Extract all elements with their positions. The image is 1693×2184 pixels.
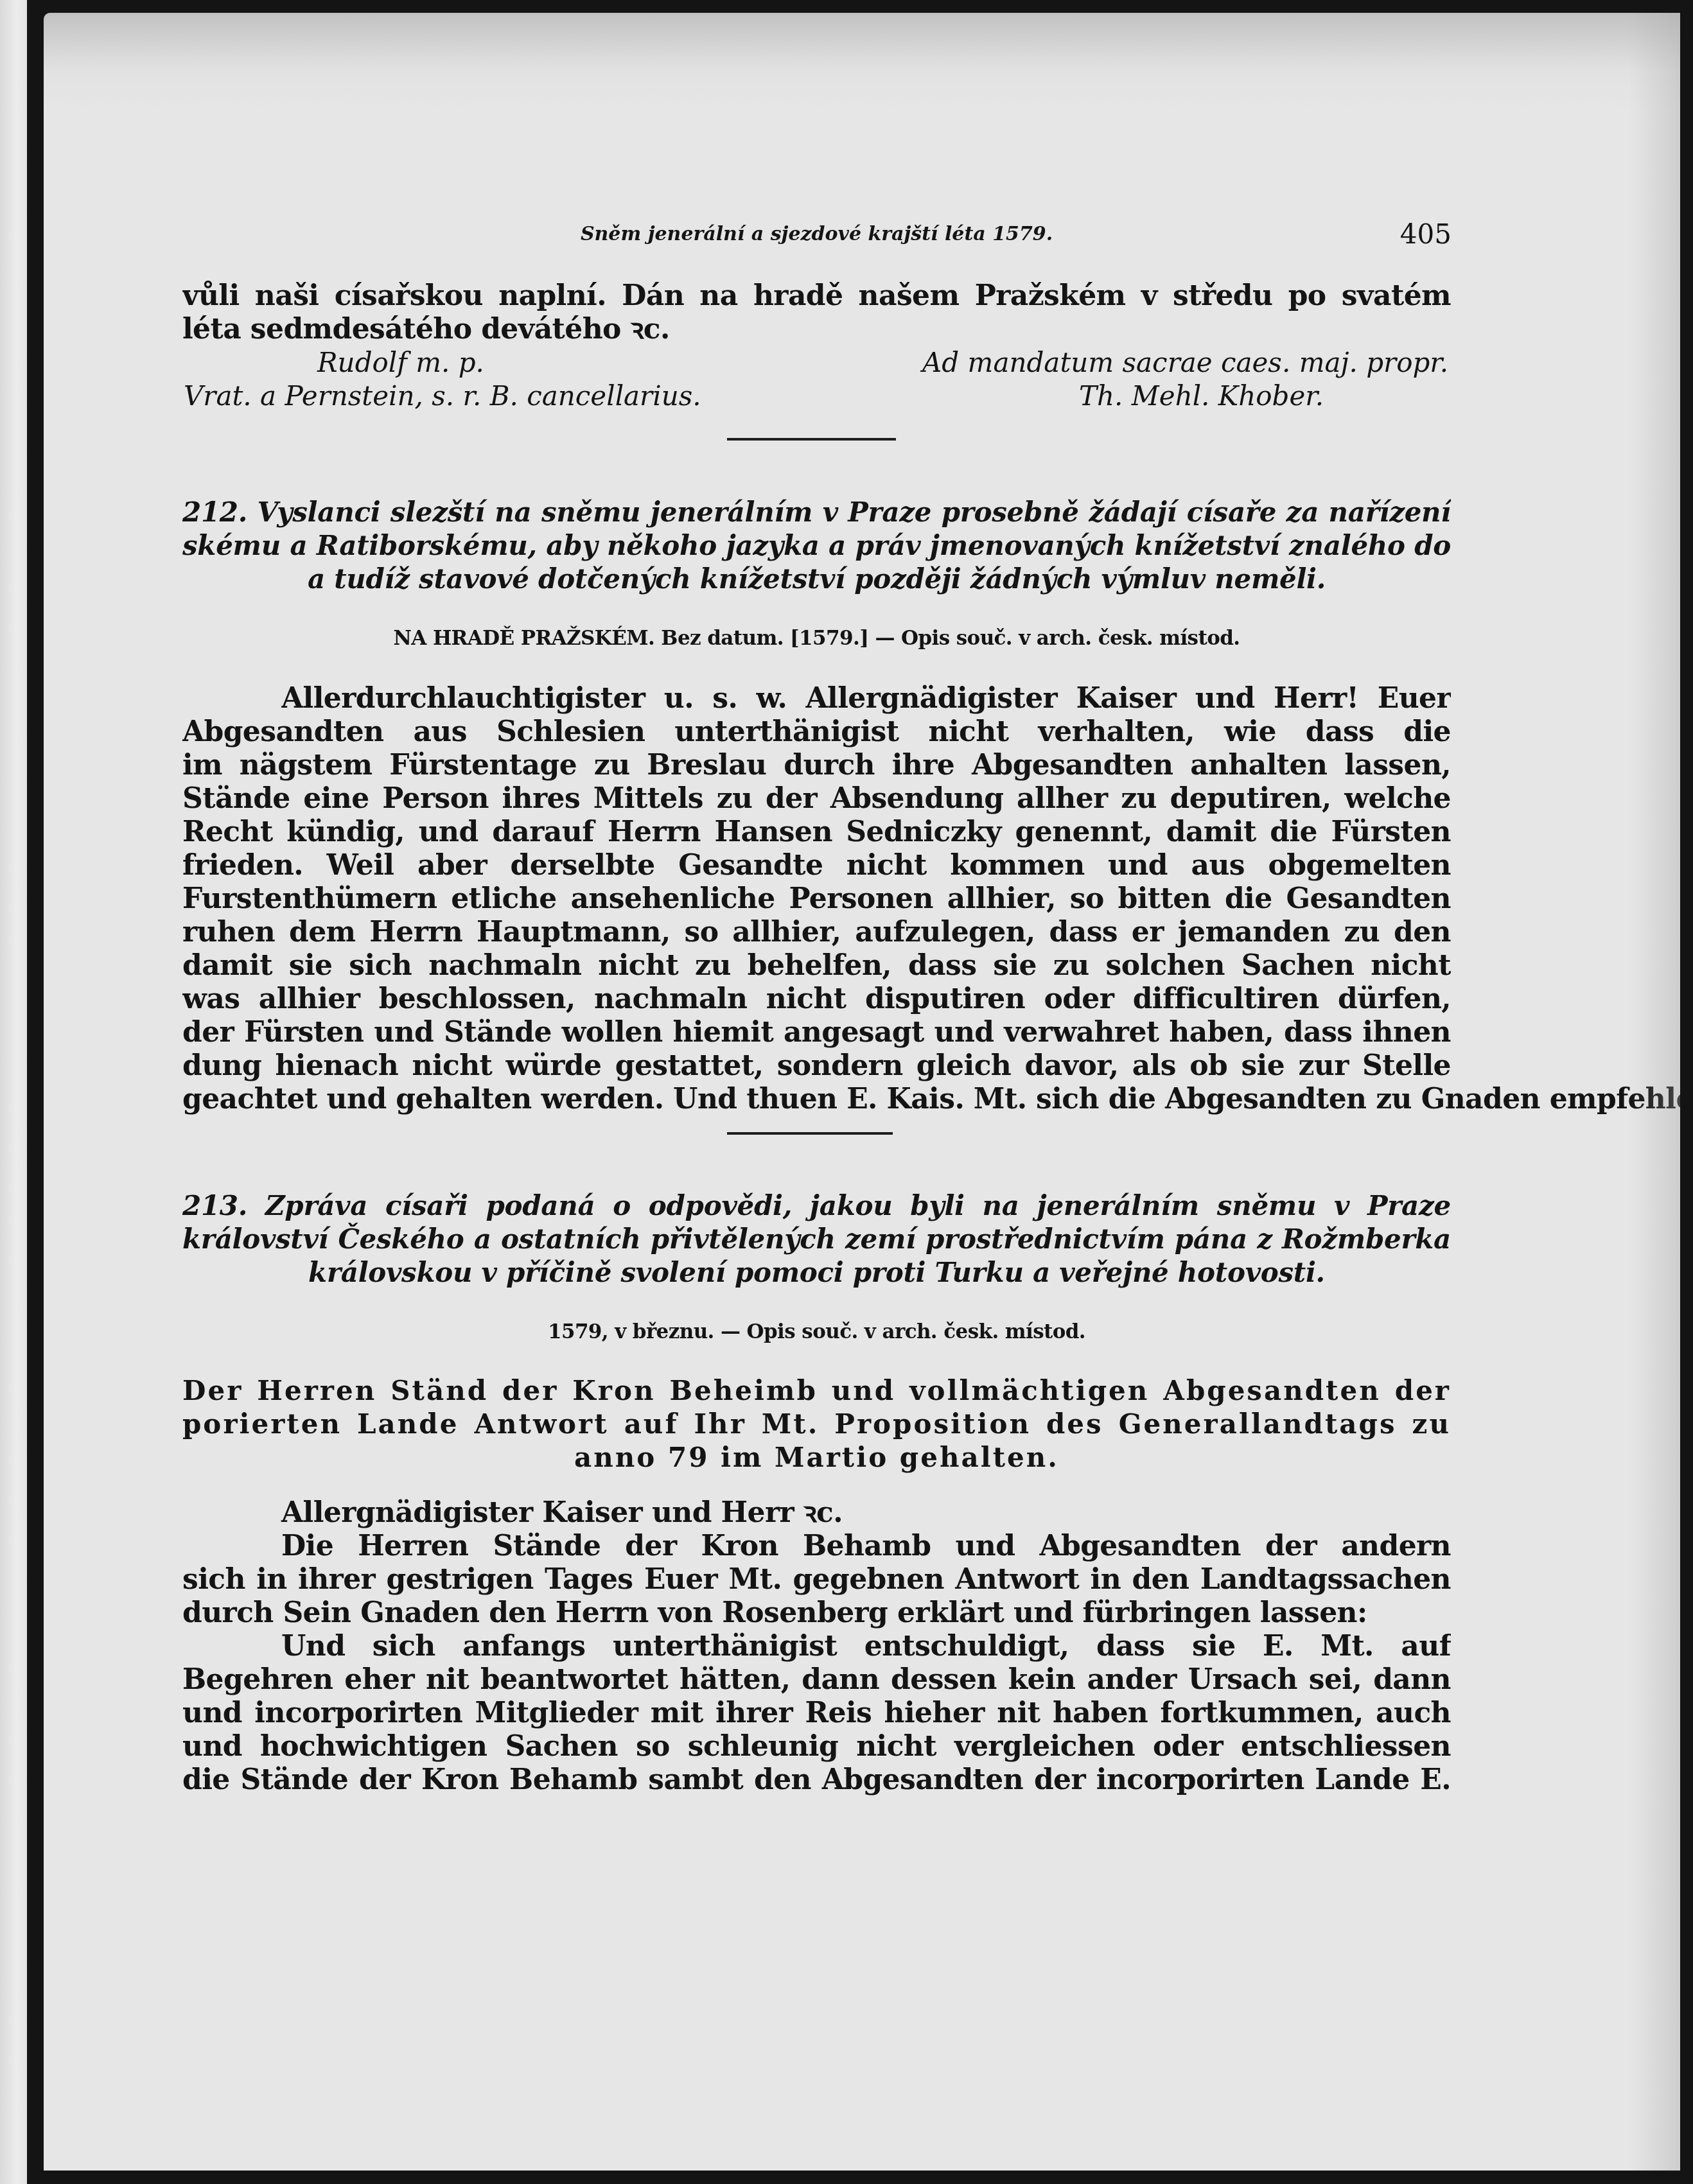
doc-213-title-line: 213. Zpráva císaři podaná o odpovědi, ja… [182,1189,1451,1223]
body-line: Die Herren Stände der Kron Behamb und Ab… [281,1530,1451,1563]
body-line: und hochwichtigen Sachen so schleunig ni… [182,1730,1451,1763]
body-line: Begehren eher nit beantwortet hätten, da… [182,1663,1451,1697]
doc-212-title-line: 212. Vyslanci slezští na sněmu jenerální… [182,496,1451,529]
body-line: vůli naši císařskou naplní. Dán na hradě… [182,279,1451,313]
adjacent-page-edge [0,0,27,2184]
salutation: Allergnädigister Kaiser und Herr ꝛc. [281,1496,1550,1530]
doc-213-title-line: království Českého a ostatních přivtělen… [182,1223,1451,1256]
body-line: Recht kündig, und darauf Herrn Hansen Se… [182,816,1451,849]
body-line: ruhen dem Herrn Hauptmann, so allhier, a… [182,916,1451,949]
doc-213-number: 213. [182,1190,247,1221]
body-line: was allhier beschlossen, nachmaln nicht … [182,983,1451,1016]
body-line: Abgesandten aus Schlesien unterthänigist… [182,715,1451,749]
doc-212-number: 212. [182,496,247,528]
body-line: frieden. Weil aber derselbte Gesandte ni… [182,849,1451,882]
doc-212-title-line: a tudíž stavové dotčených knížetství poz… [182,563,1451,596]
doc-212-title-line: skému a Ratiborskému, aby někoho jazyka … [182,529,1451,563]
body-line: geachtet und gehalten werden. Und thuen … [182,1083,1451,1116]
body-line: léta sedmdesátého devátého ꝛc. [182,313,1451,346]
signature-khober: Th. Mehl. Khober. [1079,380,1324,413]
body-line: und incorporirten Mitglieder mit ihrer R… [182,1697,1451,1730]
signature-ad-mandatum: Ad mandatum sacrae caes. maj. propr. [922,346,1448,380]
signature-pernstein: Vrat. a Pernstein, s. r. B. cancellarius… [184,380,701,413]
section-divider [727,438,896,441]
page-number: 405 [1381,218,1452,250]
german-heading-line: porierten Lande Antwort auf Ihr Mt. Prop… [182,1408,1451,1441]
doc-212-source: NA HRADĚ PRAŽSKÉM. Bez datum. [1579.] — … [182,622,1451,655]
body-line: Stände eine Person ihres Mittels zu der … [182,782,1451,816]
body-line: durch Sein Gnaden den Herrn von Rosenber… [182,1596,1451,1630]
german-heading-line: anno 79 im Martio gehalten. [182,1441,1451,1474]
body-line: Und sich anfangs unterthänigist entschul… [281,1630,1451,1663]
body-line: die Stände der Kron Behamb sambt den Abg… [182,1763,1451,1797]
scanned-page: Sněm jenerální a sjezdové krajští léta 1… [44,13,1680,2171]
section-divider [727,1132,893,1135]
body-line: dung hienach nicht würde gestattet, sond… [182,1049,1451,1083]
doc-213-title-line: královskou v příčině svolení pomoci prot… [182,1256,1451,1289]
german-heading-line: Der Herren Ständ der Kron Beheimb und vo… [182,1374,1451,1408]
body-line: Allerdurchlauchtigister u. s. w. Allergn… [281,682,1451,715]
body-line: damit sie sich nachmaln nicht zu behelfe… [182,949,1451,983]
running-title: Sněm jenerální a sjezdové krajští léta 1… [182,222,1451,247]
body-line: Furstenthümern etliche ansehenliche Pers… [182,882,1451,916]
signature-rudolf: Rudolf m. p. [317,346,484,380]
body-line: im nägstem Fürstentage zu Breslau durch … [182,749,1451,782]
doc-213-source: 1579, v březnu. — Opis souč. v arch. čes… [182,1315,1451,1349]
body-line: sich in ihrer gestrigen Tages Euer Mt. g… [182,1563,1451,1596]
body-line: der Fürsten und Stände wollen hiemit ang… [182,1016,1451,1049]
